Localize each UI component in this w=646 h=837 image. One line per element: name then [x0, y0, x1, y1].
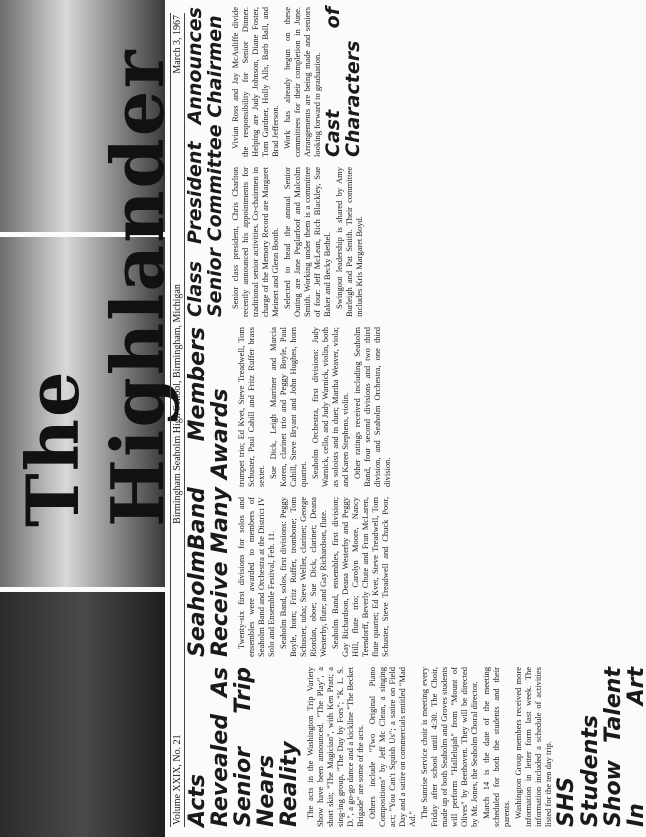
headline: Class President Announces Senior Committ… [186, 7, 226, 317]
headline: SeaholmBand Members Receive Many Awards [186, 327, 232, 657]
paragraph: Washington Group members received more i… [513, 667, 553, 827]
paragraph: Work has already begun on these committe… [282, 7, 322, 157]
masthead: The Highlander [80, 0, 170, 827]
article-acts-revealed: Acts Revealed As Senior Trip Nears Reali… [186, 667, 646, 827]
paragraph: Sue Dick, Leigh Marriner and Marcia Kore… [268, 327, 308, 487]
paragraph: Other ratings received including Seaholm… [352, 327, 392, 487]
paragraph: Seaholm Band, solos, first divisions: Pe… [278, 497, 328, 657]
headline: Cast of Characters [324, 7, 364, 157]
paragraph: Selected to head the annual Senior Outin… [282, 167, 332, 317]
location: Birmingham Seaholm High School, Birmingh… [172, 284, 183, 524]
paragraph: Vivian Ross and Jay McAuliffe divide the… [230, 7, 280, 157]
paragraph: Seaholm Orchestra, first divisions: Judy… [310, 327, 350, 487]
paragraph: Others include "Two Original Piano Compo… [367, 667, 417, 827]
paragraph: The acts in the Washington Trip Variety … [305, 667, 365, 827]
paragraph: Twenty-six first divisions for solos and… [236, 497, 276, 657]
paragraph: March 14 is the date of the meeting sche… [481, 667, 511, 827]
headline: SHS Students Show Talent In Art Contest [555, 667, 646, 827]
newspaper-page: The Highlander Volume XXIX, No. 21 Birmi… [0, 0, 646, 837]
volume-number: Volume XXIX, No. 21 [172, 734, 183, 825]
headline: Acts Revealed As Senior Trip Nears Reali… [186, 667, 301, 827]
article-senior-committee: Class President Announces Senior Committ… [186, 7, 367, 317]
folio-line: Volume XXIX, No. 21 Birmingham Seaholm H… [170, 13, 185, 827]
issue-date: March 3, 1967 [172, 15, 183, 74]
article-band-awards: SeaholmBand Members Receive Many Awards … [186, 327, 392, 657]
paragraph: Swingout leadership is shared by Amy Bur… [334, 167, 364, 317]
paragraph: Senior class president, Chris Charlton r… [230, 167, 280, 317]
paragraph: The Sunrise Service choir is meeting eve… [419, 667, 479, 827]
masthead-title: The Highlander [10, 0, 180, 527]
